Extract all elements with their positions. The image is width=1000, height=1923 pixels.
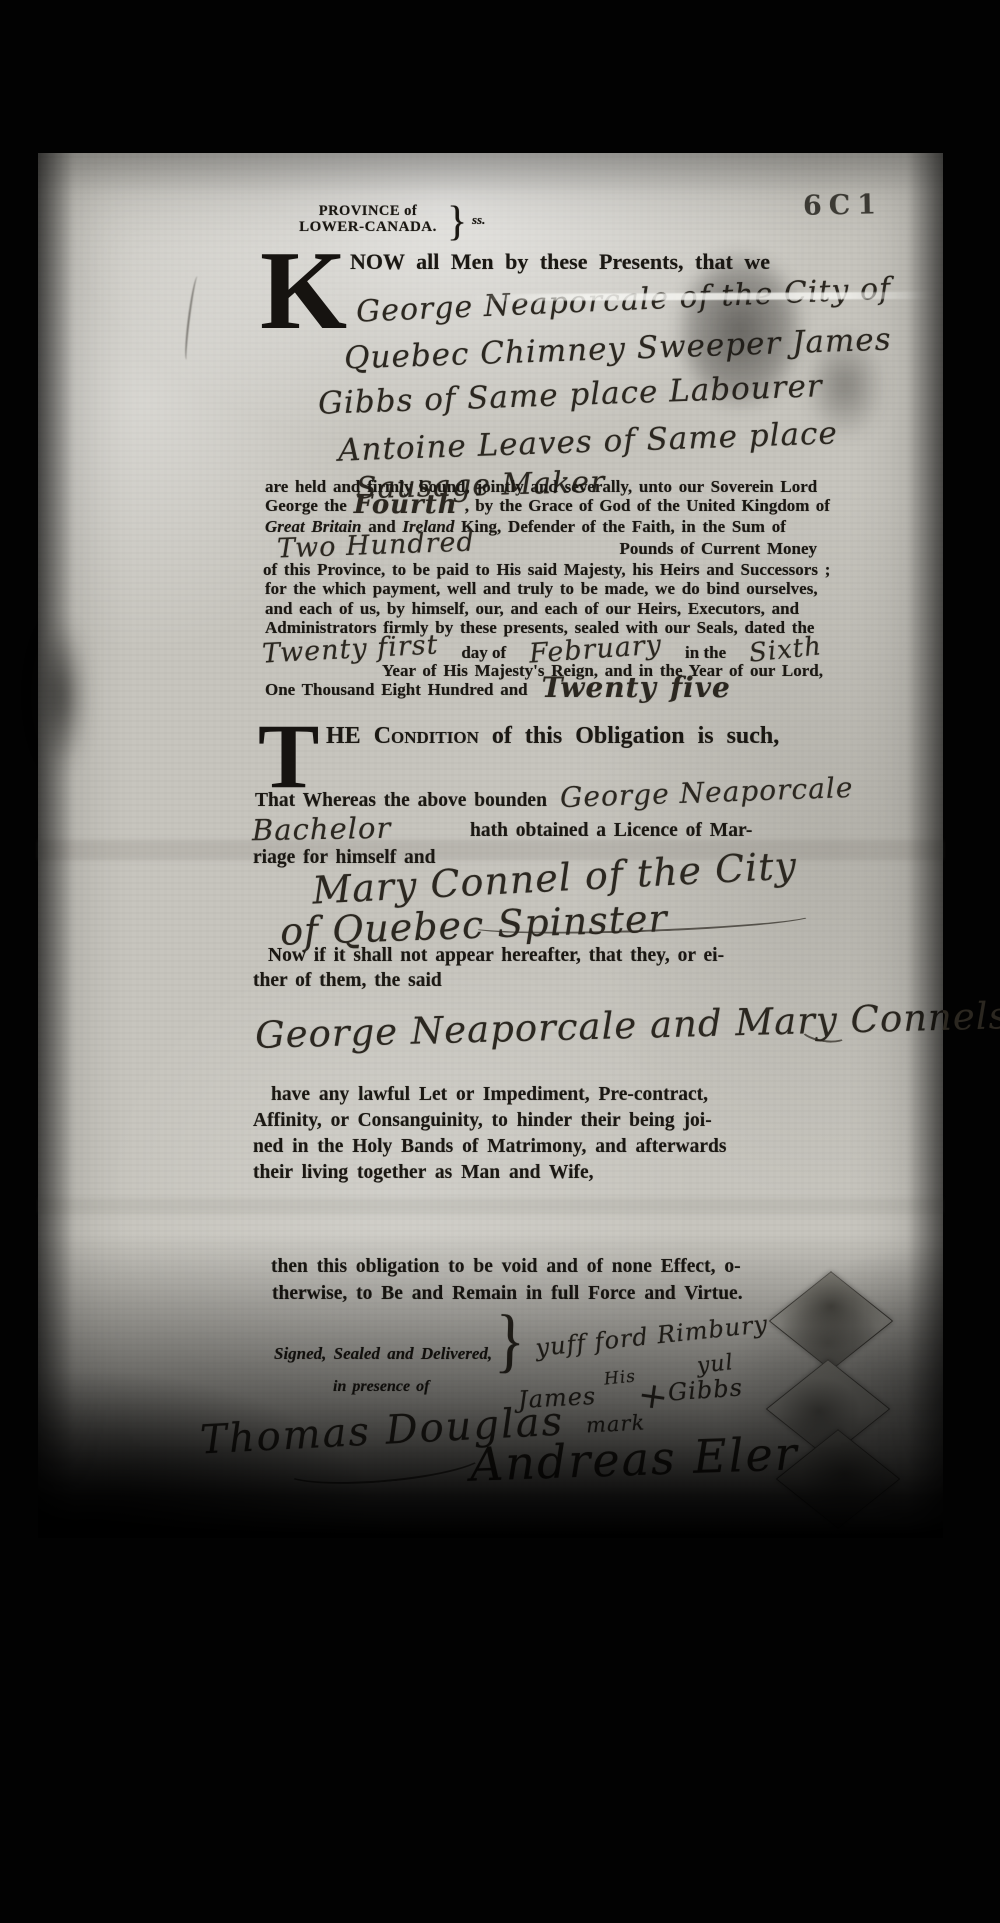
licence-line-1: hath obtained a Licence of Mar- <box>470 820 752 842</box>
document-number-stamp: 6C1 <box>803 189 884 221</box>
bond-line-4-printed: Pounds of Current Money <box>620 539 818 559</box>
lawful-line-2: Affinity, or Consanguinity, to hinder th… <box>253 1110 712 1132</box>
bond-line-9-dayof: day of <box>461 643 506 663</box>
scilicet-abbrev: ss. <box>472 212 485 228</box>
lawful-line-3: ned in the Holy Bands of Matrimony, and … <box>253 1136 726 1158</box>
lawful-line-4: their living together as Man and Wife, <box>253 1162 594 1184</box>
signed-sealed-label: Signed, Sealed and Delivered, <box>274 1344 492 1364</box>
scan-band <box>38 1198 943 1214</box>
condition-heading-rest: of this Obligation is such, <box>492 723 779 749</box>
sum-handwritten: Two Hundred <box>277 527 476 565</box>
bond-line-2-post: , by the Grace of God of the United King… <box>465 496 830 515</box>
signature-brace: } <box>494 1300 526 1383</box>
bond-line-9-inthe: in the <box>685 643 726 663</box>
scan-band <box>38 840 943 860</box>
whereas-line: That Whereas the above bounden <box>255 790 547 812</box>
condition-heading-word: Condition <box>374 723 479 749</box>
bond-line-11: One Thousand Eight Hundred andTwenty fiv… <box>265 680 738 700</box>
nowif-line-1: Now if it shall not appear hereafter, th… <box>268 945 724 967</box>
bond-line-2: George theFourth, by the Grace of God of… <box>265 496 830 516</box>
condition-heading-he: HE <box>326 723 361 749</box>
marksman-last-name: Gibbs <box>667 1373 744 1406</box>
in-presence-label: in presence of <box>333 1378 429 1396</box>
bond-line-11-printed: One Thousand Eight Hundred and <box>265 680 528 699</box>
opening-line: NOW all Men by these Presents, that we <box>350 249 770 275</box>
dropcap-t: T <box>258 722 319 791</box>
header-brace: } <box>447 198 467 246</box>
nowif-line-2: ther of them, the said <box>253 970 442 992</box>
dropcap-k: K <box>260 249 347 333</box>
bond-line-2-pre: George the <box>265 496 347 515</box>
void-line-1: then this obligation to be void and of n… <box>271 1256 741 1278</box>
his-mark-his: His <box>603 1366 637 1389</box>
province-line1: PROVINCE of <box>289 203 447 219</box>
bond-line-1: are held and firmly bound, jointly and s… <box>265 477 817 497</box>
bond-line-7: and each of us, by himself, our, and eac… <box>265 599 799 619</box>
bachelor-handwritten: Bachelor <box>252 811 392 847</box>
microfilm-scan: PROVINCE of LOWER-CANADA. } ss. 6C1 K NO… <box>0 0 1000 1923</box>
marksman-first-name: James <box>517 1382 597 1414</box>
bond-line-5: of this Province, to be paid to His said… <box>263 560 830 580</box>
lawful-line-1: have any lawful Let or Impediment, Pre-c… <box>271 1084 708 1106</box>
condition-heading: HE Condition of this Obligation is such, <box>326 723 779 750</box>
principal-signature: Andreas Eler <box>469 1426 799 1491</box>
bond-line-6: for the which payment, well and truly to… <box>265 579 818 599</box>
bond-line-4: Two Hundred Pounds of Current Money <box>265 530 817 561</box>
